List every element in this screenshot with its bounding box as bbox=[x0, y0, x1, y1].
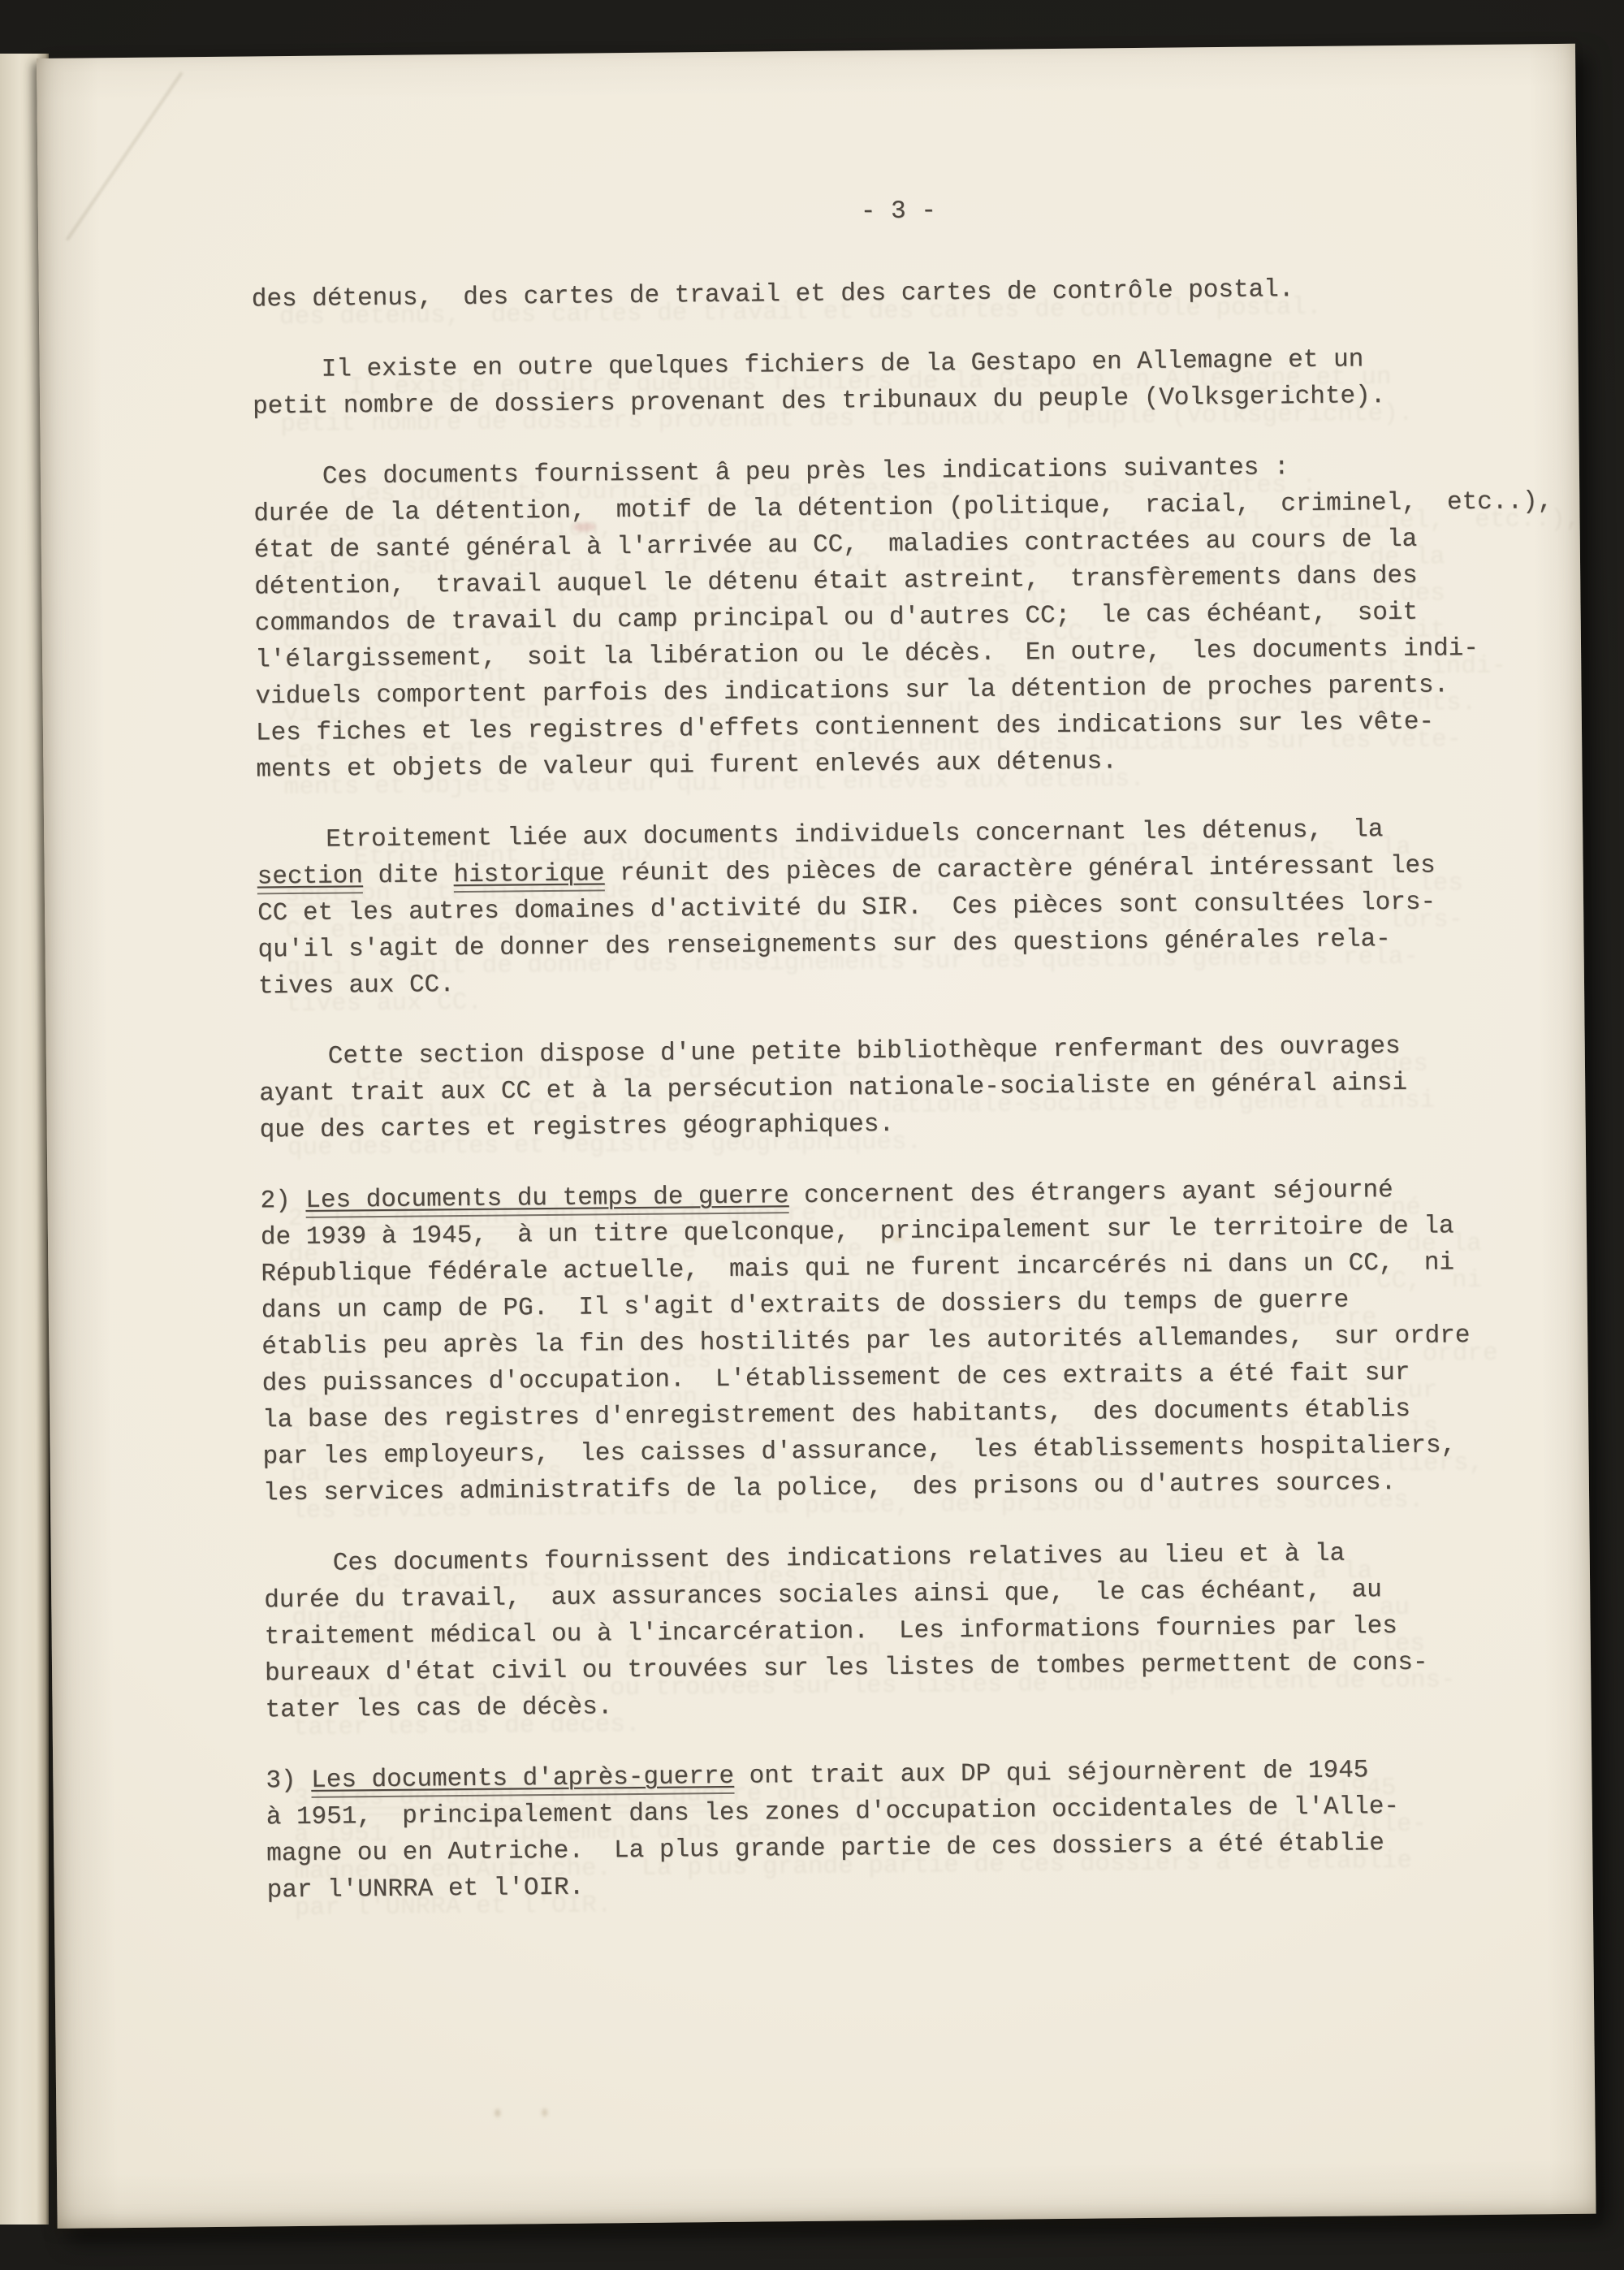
page-number: - 3 - bbox=[251, 187, 1546, 236]
para-documents-temps-de-guerre: 2) Les documents du temps de guerre conc… bbox=[260, 1170, 1558, 1511]
document-page: des détenus, des cartes de travail et de… bbox=[37, 44, 1596, 2229]
paper-stain bbox=[542, 2108, 547, 2117]
paper-stain bbox=[495, 2109, 500, 2117]
para-indications-detenus: Ces documents fournissent â peu près les… bbox=[253, 447, 1552, 788]
para-gestapo-files: Il existe en outre quelques fichiers de … bbox=[252, 339, 1548, 425]
para-section-historique: Etroitement liée aux documents individue… bbox=[257, 810, 1553, 1005]
para-indications-travail: Ces documents fournissent des indication… bbox=[264, 1533, 1561, 1728]
scanned-book-photo: des détenus, des cartes de travail et de… bbox=[0, 0, 1624, 2270]
underlined-term: section bbox=[257, 862, 364, 894]
scan-background: { "colors": { "background": "#1b1a17", "… bbox=[0, 0, 1624, 2270]
underlined-term: Les documents du temps de guerre bbox=[305, 1182, 789, 1218]
para-intro-continuation: des détenus, des cartes de travail et de… bbox=[252, 269, 1547, 318]
underlined-term: Les documents d'après-guerre bbox=[311, 1762, 734, 1798]
para-documents-apres-guerre: 3) Les documents d'après-guerre ont trai… bbox=[266, 1750, 1562, 1909]
para-bibliotheque: Cette section dispose d'une petite bibli… bbox=[259, 1027, 1555, 1148]
underlined-term: historique bbox=[453, 859, 604, 893]
page-text: - 3 - des détenus, des cartes de travail… bbox=[37, 44, 1593, 1911]
text-line: des détenus, des cartes de travail et de… bbox=[252, 269, 1547, 318]
